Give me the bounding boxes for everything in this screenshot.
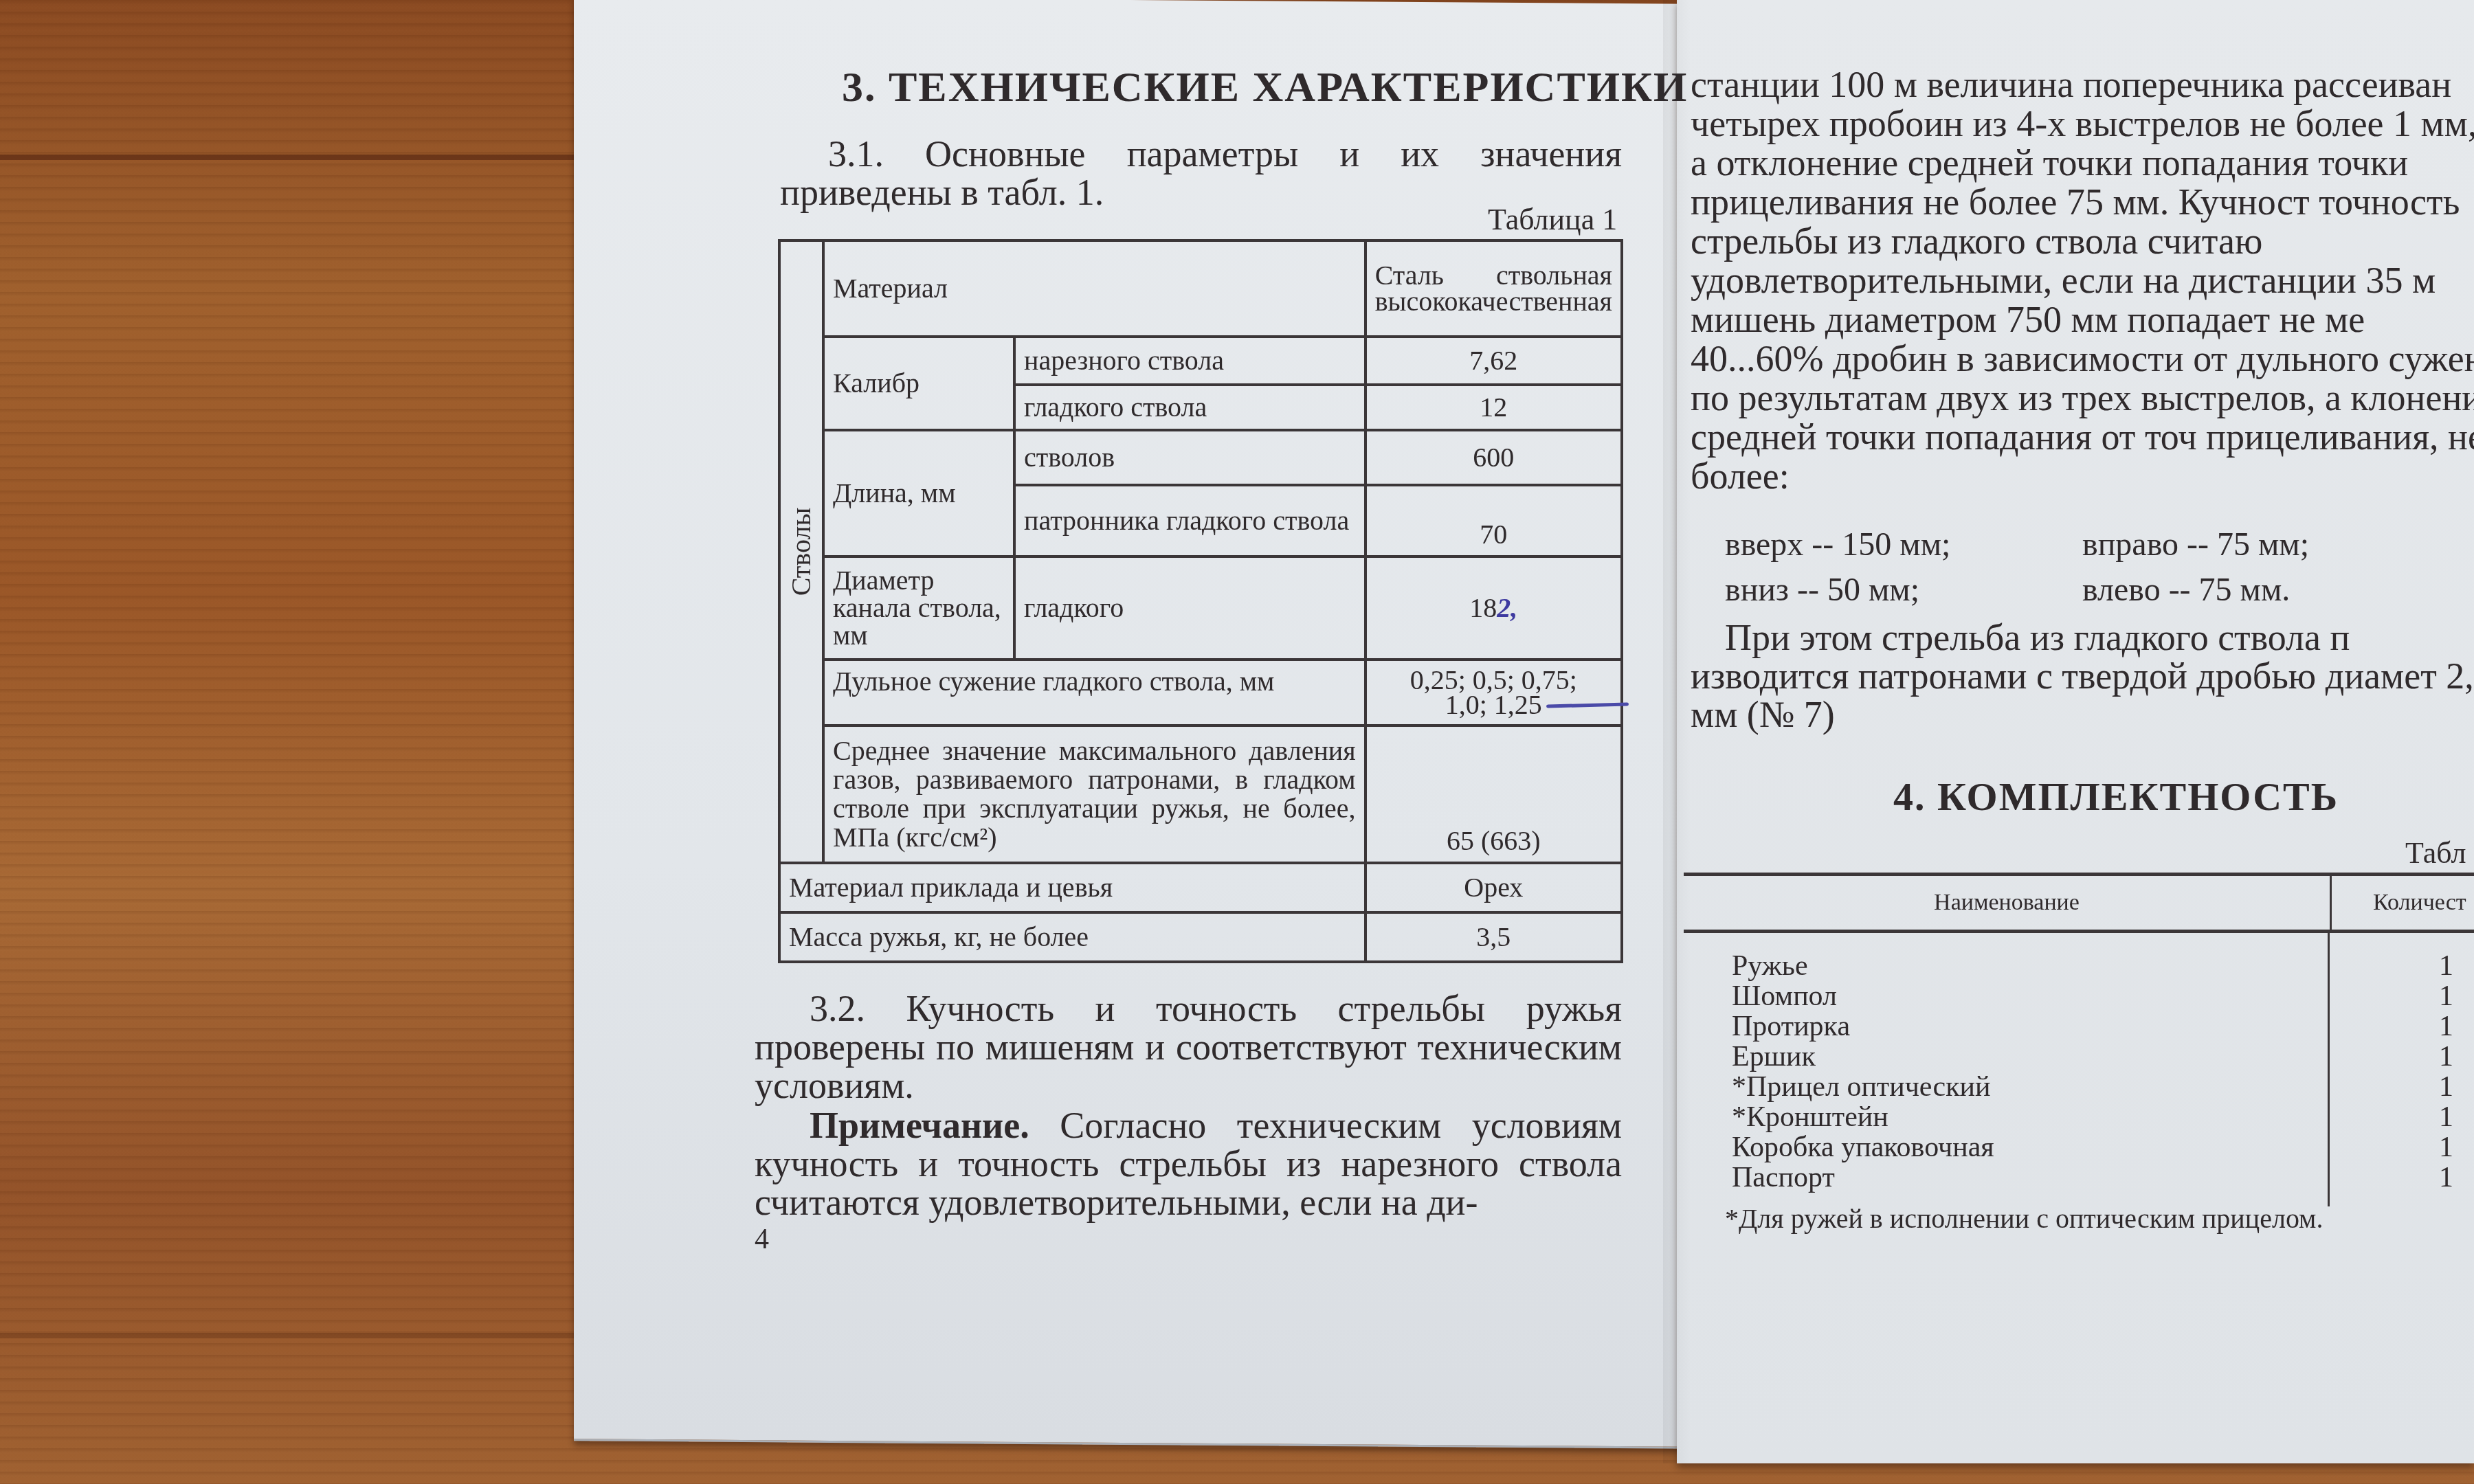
paragraph-3-2: 3.2. Кучность и точность стрельбы ружья … bbox=[755, 989, 1622, 1105]
page-fold bbox=[1663, 0, 1691, 1463]
table-row-qty: 1 bbox=[2330, 1162, 2453, 1193]
table-row-name: Шомпол bbox=[1732, 981, 2328, 1011]
table-row-name: Ружье bbox=[1732, 951, 2328, 981]
material-value: Сталь ствольная высококачественная bbox=[1366, 240, 1622, 337]
table-row-name: Протирка bbox=[1732, 1011, 2328, 1042]
table-body: Ружье Шомпол Протирка Ершик *Прицел опти… bbox=[1684, 933, 2474, 1206]
specs-table: Стволы Материал Сталь ствольная высокока… bbox=[778, 239, 1623, 963]
deviation-left: влево -- 75 мм. bbox=[2082, 567, 2290, 613]
table1-caption: Таблица 1 bbox=[1488, 202, 1617, 237]
shot-note-paragraph: При этом стрельба из гладкого ствола п и… bbox=[1691, 618, 2474, 734]
note-label: Примечание. bbox=[810, 1105, 1029, 1146]
page-number: 4 bbox=[755, 1223, 769, 1256]
wood-plank-seam bbox=[0, 155, 591, 160]
caliber-rifled-label: нарезного ствола bbox=[1014, 337, 1366, 385]
completeness-table: Наименование Количест Ружье Шомпол Проти… bbox=[1684, 873, 2474, 1206]
table-row-name: Ершик bbox=[1732, 1042, 2328, 1072]
material-label: Материал bbox=[823, 240, 1366, 337]
table-row-name: *Прицел оптический bbox=[1732, 1072, 2328, 1102]
note-paragraph: Примечание. Согласно техническим условия… bbox=[755, 1106, 1622, 1222]
pressure-label: Среднее значение максимального давления … bbox=[823, 726, 1366, 863]
deviation-up: вверх -- 150 мм; bbox=[1725, 522, 2082, 567]
length-chamber-value: 70 bbox=[1366, 485, 1622, 556]
length-barrels-value: 600 bbox=[1366, 430, 1622, 485]
table-row-qty: 1 bbox=[2330, 981, 2453, 1011]
table-row-qty: 1 bbox=[2330, 1072, 2453, 1102]
table-row-name: Паспорт bbox=[1732, 1162, 2328, 1193]
item-quantities: 1 1 1 1 1 1 1 1 bbox=[2330, 933, 2474, 1206]
length-barrels-label: стволов bbox=[1014, 430, 1366, 485]
intro-paragraph: 3.1. Основные параметры и их значения пр… bbox=[780, 135, 1622, 212]
bore-diameter-value: 18 bbox=[1469, 592, 1497, 623]
footnote: *Для ружей в исполнении с оптическим при… bbox=[1725, 1202, 2323, 1235]
mass-value: 3,5 bbox=[1366, 912, 1622, 962]
length-label: Длина, мм bbox=[823, 430, 1014, 556]
table-row-qty: 1 bbox=[2330, 951, 2453, 981]
table-row-name: *Кронштейн bbox=[1732, 1102, 2328, 1132]
wood-plank-seam bbox=[0, 1333, 591, 1338]
table2-caption: Табл bbox=[2405, 835, 2466, 870]
caliber-smooth-label: гладкого ствола bbox=[1014, 385, 1366, 430]
handwritten-correction: 2, bbox=[1497, 592, 1517, 623]
choke-label: Дульное сужение гладкого ствола, мм bbox=[823, 660, 1366, 726]
caliber-rifled-value: 7,62 bbox=[1366, 337, 1622, 385]
right-continuation-paragraph: станции 100 м величина поперечника рассе… bbox=[1691, 65, 2474, 496]
bore-diameter-cell: 182, bbox=[1366, 556, 1622, 660]
bore-diameter-label: Диаметр канала ствола, мм bbox=[823, 556, 1014, 660]
table-header-row: Наименование Количест bbox=[1684, 876, 2474, 930]
table-row-qty: 1 bbox=[2330, 1102, 2453, 1132]
item-names: Ружье Шомпол Протирка Ершик *Прицел опти… bbox=[1684, 933, 2330, 1206]
section-title-specs: 3. ТЕХНИЧЕСКИЕ ХАРАКТЕРИСТИКИ bbox=[842, 63, 1688, 112]
mass-label: Масса ружья, кг, не более bbox=[779, 912, 1366, 962]
deviation-right: вправо -- 75 мм; bbox=[2082, 522, 2309, 567]
header-name: Наименование bbox=[1684, 876, 2332, 930]
bore-diameter-sub: гладкого bbox=[1014, 556, 1366, 660]
table-row-qty: 1 bbox=[2330, 1011, 2453, 1042]
caliber-label: Калибр bbox=[823, 337, 1014, 430]
deviation-list: вверх -- 150 мм; вправо -- 75 мм; вниз -… bbox=[1725, 522, 2309, 613]
table-row-name: Коробка упаковочная bbox=[1732, 1132, 2328, 1162]
deviation-down: вниз -- 50 мм; bbox=[1725, 567, 2082, 613]
stock-material-label: Материал приклада и цевья bbox=[779, 863, 1366, 912]
table-row-qty: 1 bbox=[2330, 1042, 2453, 1072]
group-label-barrels: Стволы bbox=[779, 240, 823, 863]
table-row-qty: 1 bbox=[2330, 1132, 2453, 1162]
stock-material-value: Орех bbox=[1366, 863, 1622, 912]
header-qty: Количест bbox=[2332, 890, 2474, 916]
section-title-completeness: 4. КОМПЛЕКТНОСТЬ bbox=[1893, 774, 2339, 820]
pressure-value: 65 (663) bbox=[1366, 726, 1622, 863]
caliber-smooth-value: 12 bbox=[1366, 385, 1622, 430]
length-chamber-label: патронника гладкого ствола bbox=[1014, 485, 1366, 556]
choke-value: 0,25; 0,5; 0,75; 1,0; 1,25 bbox=[1366, 660, 1622, 726]
